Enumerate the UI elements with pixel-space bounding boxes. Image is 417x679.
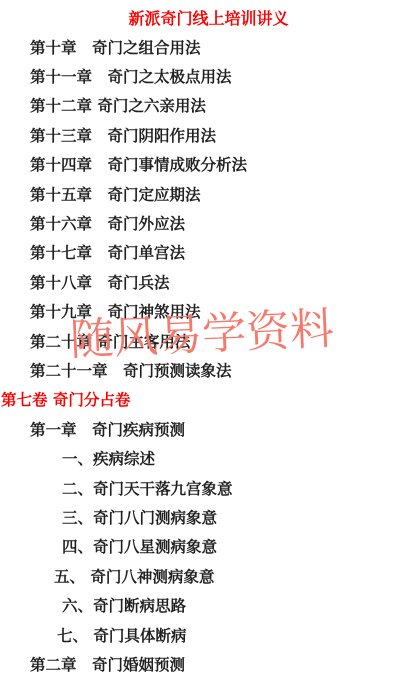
toc-chapter-11: 第十一章 奇门之太极点用法 xyxy=(0,61,417,90)
toc-chapter-13: 第十三章 奇门阴阳作用法 xyxy=(0,120,417,149)
document-page: 新派奇门线上培训讲义 第十章 奇门之组合用法 第十一章 奇门之太极点用法 第十二… xyxy=(0,0,417,679)
volume-heading: 第七卷 奇门分占卷 xyxy=(0,385,417,414)
toc-chapter-10: 第十章 奇门之组合用法 xyxy=(0,32,417,61)
toc-section1-chapter: 第一章 奇门疾病预测 xyxy=(0,414,417,443)
toc-chapter-14: 第十四章 奇门事情成败分析法 xyxy=(0,150,417,179)
toc-chapter-16: 第十六章 奇门外应法 xyxy=(0,208,417,237)
doc-title: 新派奇门线上培训讲义 xyxy=(0,2,417,32)
toc-subitem-6: 六、奇门断病思路 xyxy=(0,590,417,619)
toc-subitem-4: 四、奇门八星测病象意 xyxy=(0,532,417,561)
toc-subitem-1: 一、疾病综述 xyxy=(0,443,417,472)
toc-chapter-12: 第十二章 奇门之六亲用法 xyxy=(0,91,417,120)
toc-subitem-5: 五、 奇门八神测病象意 xyxy=(0,561,417,590)
toc-chapter-18: 第十八章 奇门兵法 xyxy=(0,267,417,296)
toc-chapter-21: 第二十一章 奇门预测读象法 xyxy=(0,355,417,384)
toc-section2-chapter: 第二章 奇门婚姻预测 xyxy=(0,649,417,678)
toc-chapter-19: 第十九章 奇门神煞用法 xyxy=(0,297,417,326)
toc-subitem-7: 七、 奇门具体断病 xyxy=(0,620,417,649)
toc-chapter-15: 第十五章 奇门定应期法 xyxy=(0,179,417,208)
toc-chapter-17: 第十七章 奇门单宫法 xyxy=(0,238,417,267)
toc-subitem-2: 二、奇门天干落九宫象意 xyxy=(0,473,417,502)
toc-subitem-3: 三、奇门八门测病象意 xyxy=(0,502,417,531)
toc-chapter-20: 第二十章 奇门主客用法 xyxy=(0,326,417,355)
